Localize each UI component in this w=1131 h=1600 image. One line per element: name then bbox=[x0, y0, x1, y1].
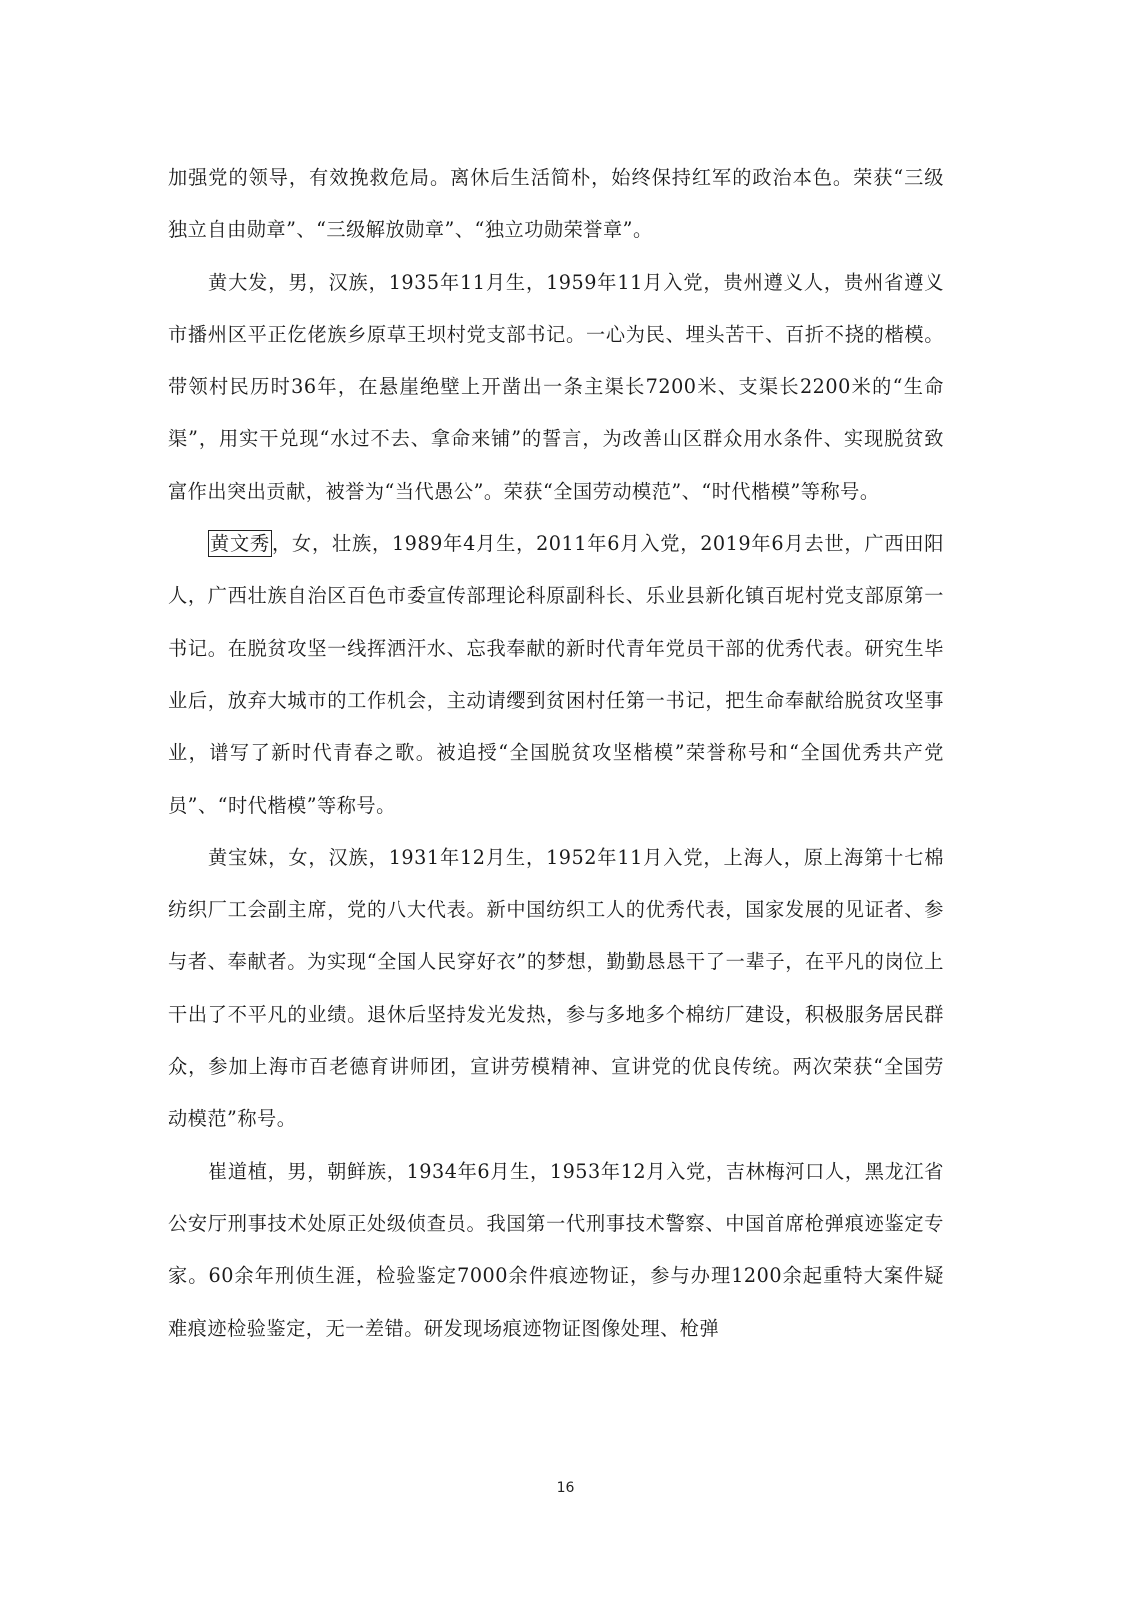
paragraph-huang-baomei: 黄宝妹，女，汉族，1931年12月生，1952年11月入党，上海人，原上海第十七… bbox=[168, 832, 944, 1146]
paragraph-huang-wenxiu: 黄文秀，女，壮族，1989年4月生，2011年6月入党，2019年6月去世，广西… bbox=[168, 518, 944, 832]
paragraph-cui-daozhi: 崔道植，男，朝鲜族，1934年6月生，1953年12月入党，吉林梅河口人，黑龙江… bbox=[168, 1146, 944, 1355]
paragraph-huang-dafa: 黄大发，男，汉族，1935年11月生，1959年11月入党，贵州遵义人，贵州省遵… bbox=[168, 257, 944, 518]
page-number: 16 bbox=[0, 1480, 1131, 1496]
document-body: 加强党的领导，有效挽救危局。离休后生活简朴，始终保持红军的政治本色。荣获“三级独… bbox=[168, 152, 944, 1355]
highlighted-name-box: 黄文秀 bbox=[208, 530, 272, 557]
document-page: 加强党的领导，有效挽救危局。离休后生活简朴，始终保持红军的政治本色。荣获“三级独… bbox=[0, 0, 1131, 1600]
paragraph-continuation: 加强党的领导，有效挽救危局。离休后生活简朴，始终保持红军的政治本色。荣获“三级独… bbox=[168, 152, 944, 257]
paragraph-huang-wenxiu-text: ，女，壮族，1989年4月生，2011年6月入党，2019年6月去世，广西田阳人… bbox=[168, 532, 944, 816]
